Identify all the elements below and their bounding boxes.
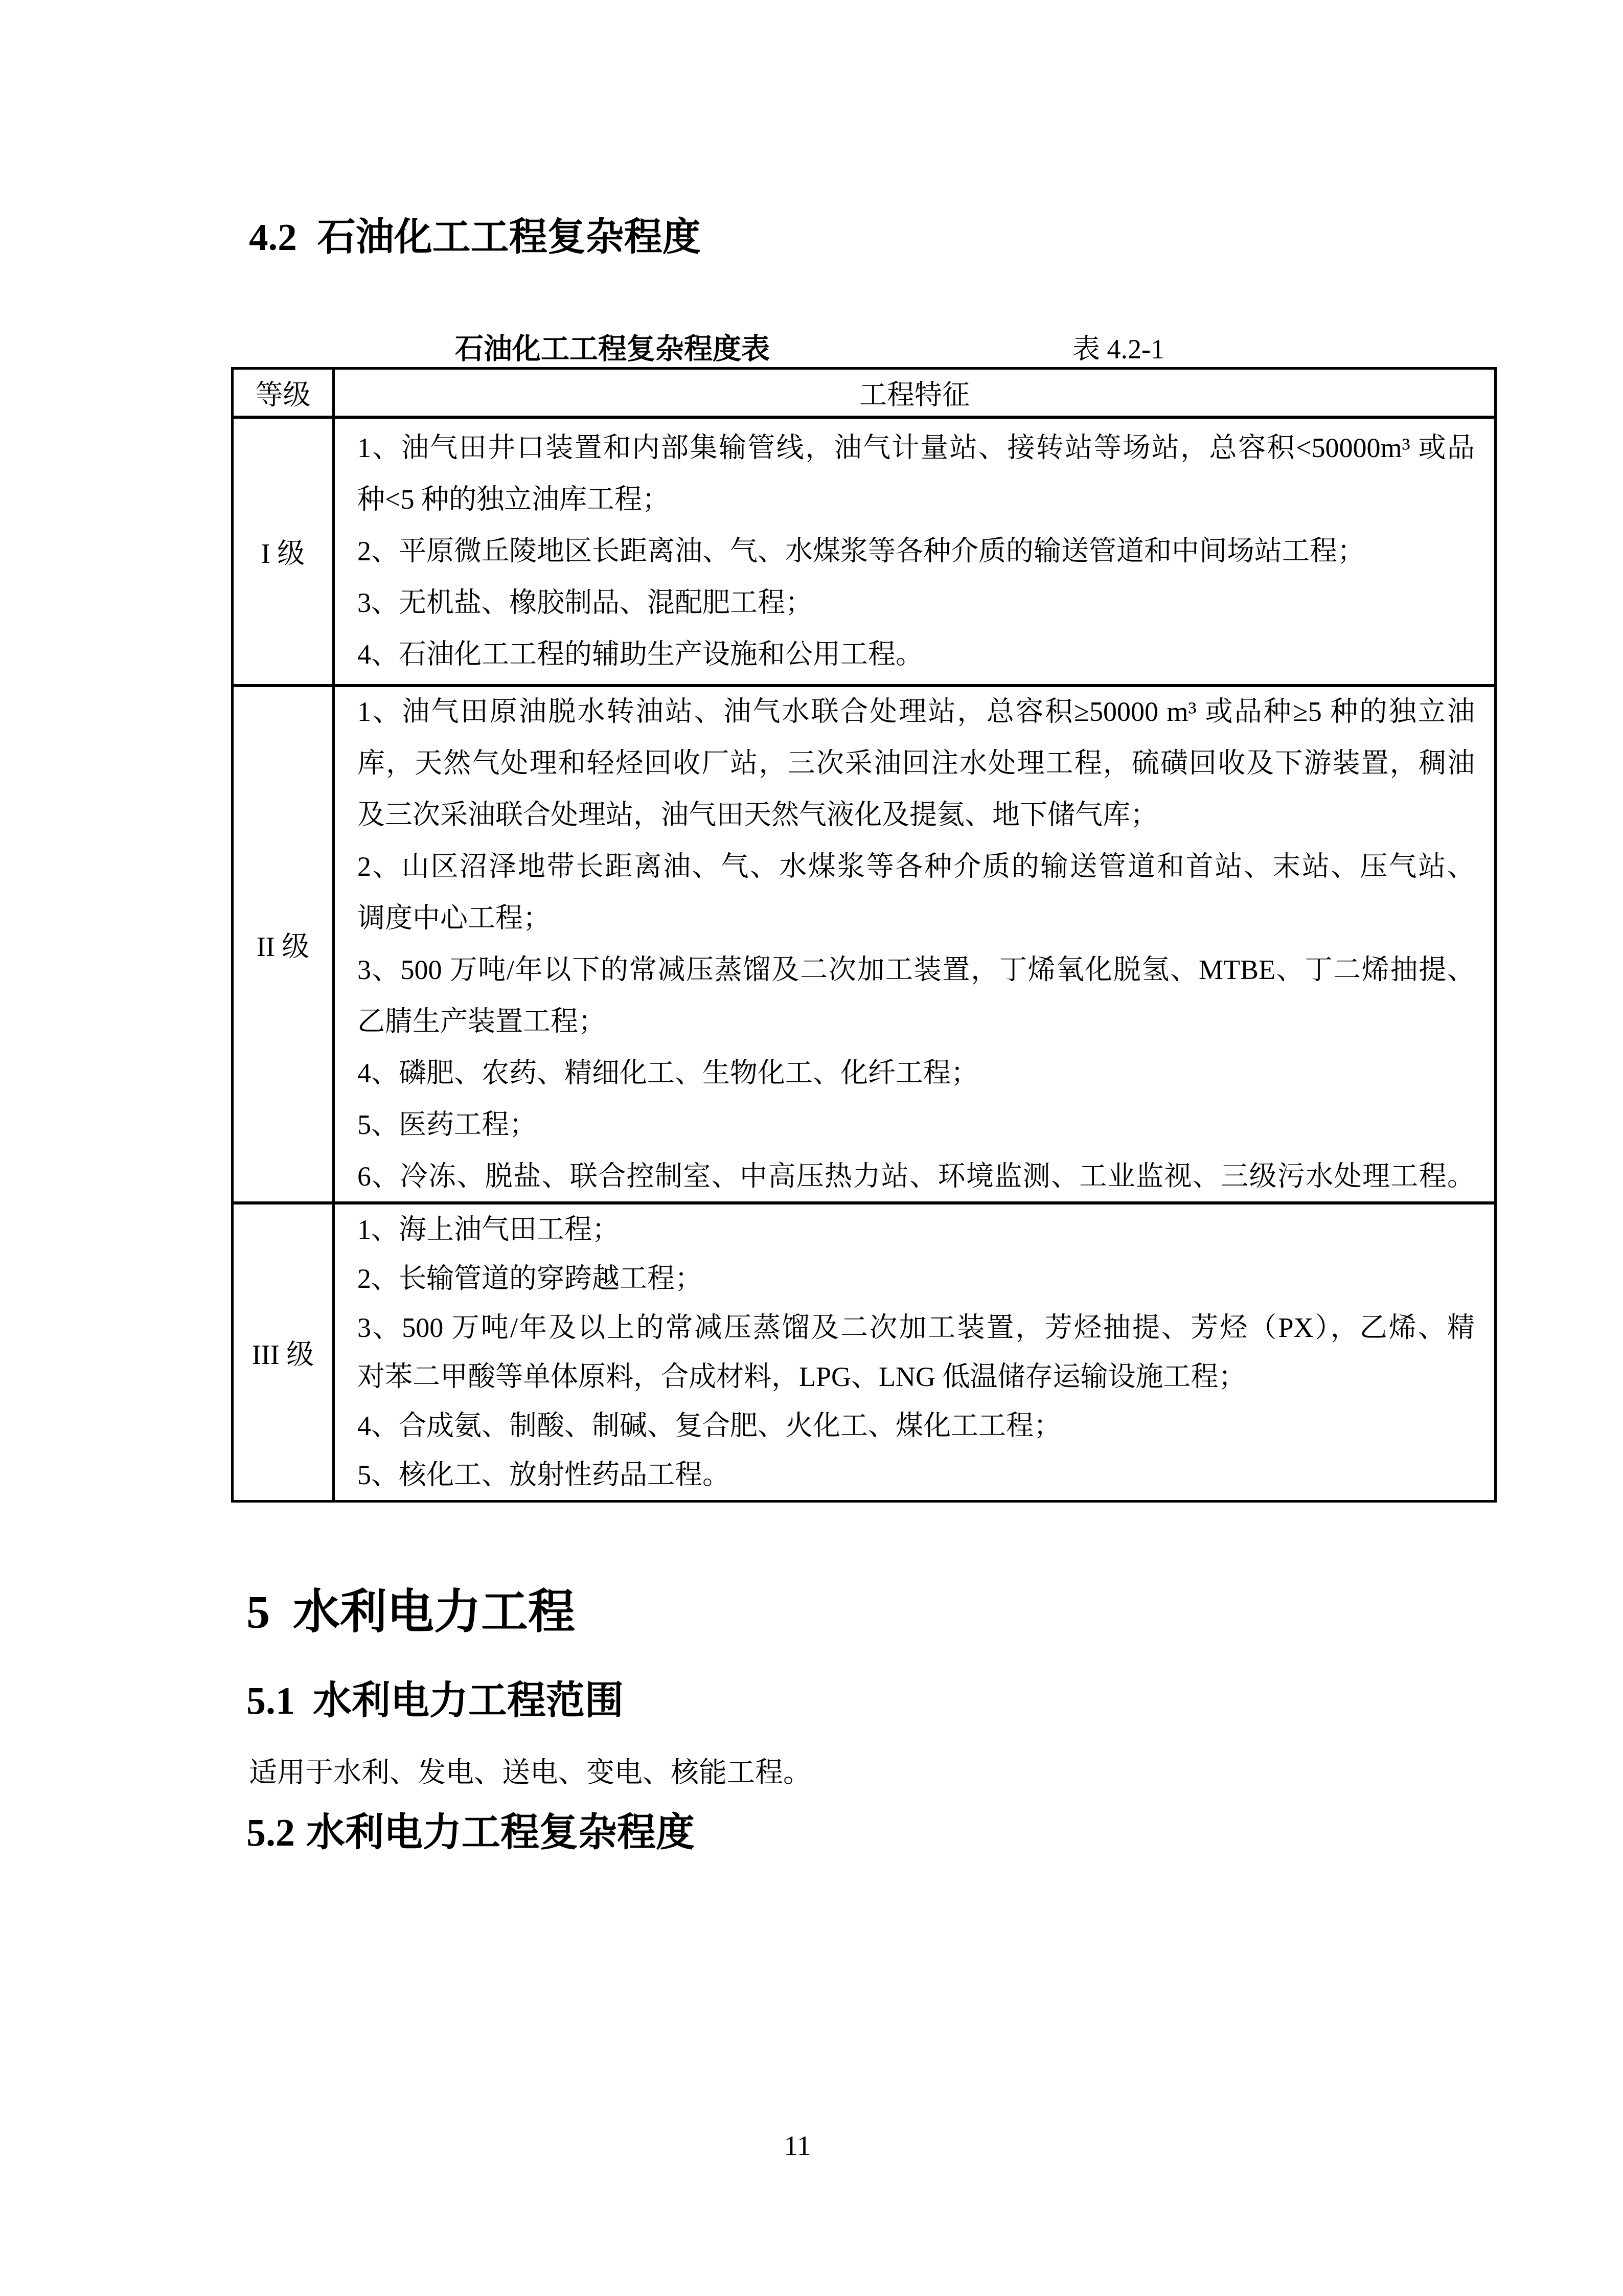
section-5-2-number: 5.2 [246, 1811, 295, 1854]
table-caption: 石油化工工程复杂程度表 [455, 326, 770, 367]
feature-cell: 1、油气田井口装置和内部集输管线，油气计量站、接转站等场站，总容积<50000m… [335, 419, 1494, 687]
feature-line: 1、海上油气田工程； [357, 1205, 1475, 1254]
feature-line: 4、石油化工工程的辅助生产设施和公用工程。 [357, 629, 1475, 680]
grade-cell: I 级 [234, 419, 335, 687]
feature-line: 调度中心工程； [357, 893, 1475, 944]
feature-line: 1、油气田原油脱水转油站、油气水联合处理站，总容积≥50000 m³ 或品种≥5… [357, 686, 1475, 738]
feature-line: 6、冷冻、脱盐、联合控制室、中高压热力站、环境监测、工业监视、三级污水处理工程。 [357, 1151, 1475, 1202]
grade-cell: II 级 [234, 687, 335, 1204]
section-5-number: 5 [246, 1586, 270, 1638]
section-5-1-number: 5.1 [246, 1679, 295, 1722]
feature-line: 2、山区沼泽地带长距离油、气、水煤浆等各种介质的输送管道和首站、末站、压气站、 [357, 841, 1475, 893]
complexity-table: 等级 工程特征 I 级1、油气田井口装置和内部集输管线，油气计量站、接转站等场站… [231, 367, 1497, 1503]
section-5-title: 水利电力工程 [293, 1586, 575, 1638]
feature-line: 2、长输管道的穿跨越工程； [357, 1254, 1475, 1303]
table-caption-row: 石油化工工程复杂程度表 表 4.2-1 [231, 326, 1497, 367]
section-5-1-title: 水利电力工程范围 [313, 1679, 624, 1722]
grade-cell: III 级 [234, 1204, 335, 1500]
section-4-2-number: 4.2 [249, 216, 297, 259]
feature-line: 4、合成氨、制酸、制碱、复合肥、火化工、煤化工工程； [357, 1401, 1475, 1450]
table-header-feature: 工程特征 [335, 370, 1494, 419]
feature-line: 4、磷肥、农药、精细化工、生物化工、化纤工程； [357, 1048, 1475, 1099]
feature-line: 种<5 种的独立油库工程； [357, 474, 1475, 526]
feature-line: 5、核化工、放射性药品工程。 [357, 1450, 1475, 1499]
section-5-2-heading: 5.2水利电力工程复杂程度 [246, 1810, 695, 1856]
feature-line: 及三次采油联合处理站，油气田天然气液化及提氦、地下储气库； [357, 789, 1475, 841]
section-4-2-title: 石油化工工程复杂程度 [317, 216, 701, 259]
section-5-heading: 5水利电力工程 [246, 1584, 575, 1640]
section-4-2-heading: 4.2石油化工工程复杂程度 [249, 215, 701, 261]
feature-line: 5、医药工程； [357, 1099, 1475, 1151]
table-number-label: 表 4.2-1 [1072, 327, 1164, 367]
section-5-2-title: 水利电力工程复杂程度 [306, 1811, 695, 1854]
feature-line: 3、500 万吨/年以下的常减压蒸馏及二次加工装置，丁烯氧化脱氢、MTBE、丁二… [357, 944, 1475, 996]
feature-line: 3、500 万吨/年及以上的常减压蒸馏及二次加工装置，芳烃抽提、芳烃（PX），乙… [357, 1303, 1475, 1352]
feature-line: 对苯二甲酸等单体原料，合成材料，LPG、LNG 低温储存运输设施工程； [357, 1352, 1475, 1401]
feature-cell: 1、海上油气田工程；2、长输管道的穿跨越工程；3、500 万吨/年及以上的常减压… [335, 1204, 1494, 1500]
feature-cell: 1、油气田原油脱水转油站、油气水联合处理站，总容积≥50000 m³ 或品种≥5… [335, 687, 1494, 1204]
feature-line: 3、无机盐、橡胶制品、混配肥工程； [357, 577, 1475, 629]
page-number: 11 [0, 2129, 1595, 2162]
feature-line: 2、平原微丘陵地区长距离油、气、水煤浆等各种介质的输送管道和中间场站工程； [357, 526, 1475, 577]
section-5-1-body: 适用于水利、发电、送电、变电、核能工程。 [249, 1753, 811, 1792]
feature-line: 库，天然气处理和轻烃回收厂站，三次采油回注水处理工程，硫磺回收及下游装置，稠油 [357, 738, 1475, 789]
table-header-grade: 等级 [234, 370, 335, 419]
feature-line: 1、油气田井口装置和内部集输管线，油气计量站、接转站等场站，总容积<50000m… [357, 422, 1475, 474]
section-5-1-heading: 5.1水利电力工程范围 [246, 1678, 624, 1724]
feature-line: 乙腈生产装置工程； [357, 996, 1475, 1048]
